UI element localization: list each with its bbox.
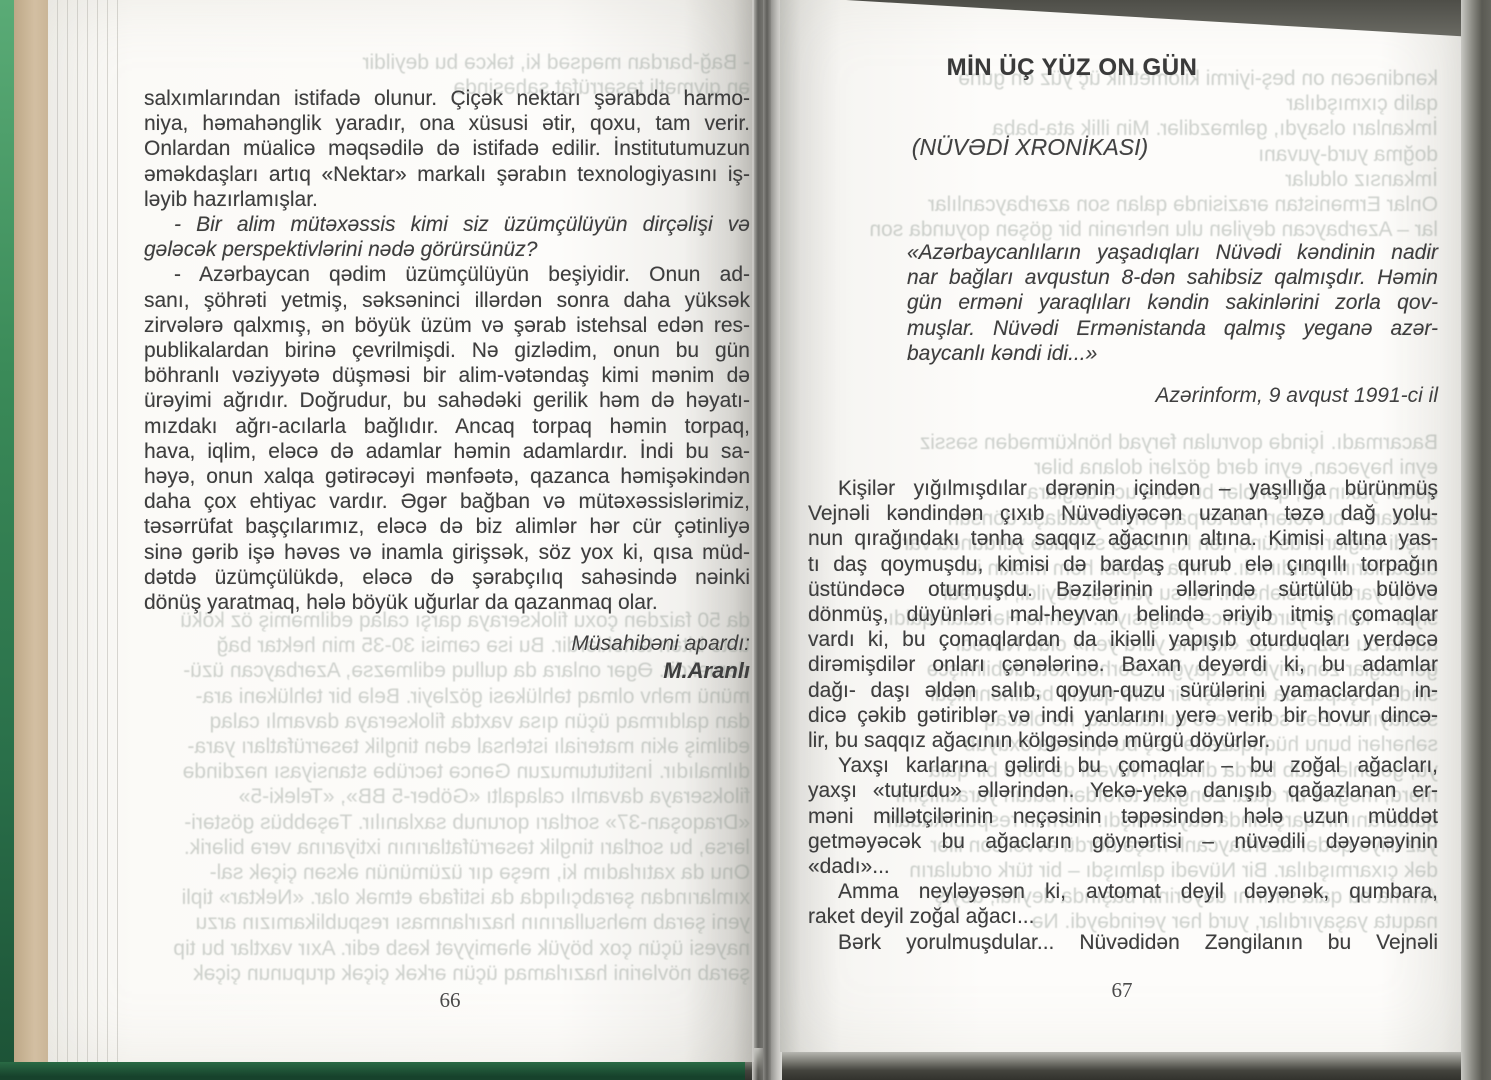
- text-line: ləyib hazırlamışlar.: [144, 187, 750, 212]
- text-line: getməyəcək bu ağacların göynərtisi – nüv…: [808, 829, 1438, 854]
- bleedthrough-line: nayesi üçün çox böyük əhəmiyyət kəsb edi…: [144, 936, 750, 961]
- text-line: sanı, şöhrəti yetmiş, səksəninci illərdə…: [144, 288, 750, 313]
- text-line: nar bağları avqustun 8-dən sahibsiz qalm…: [907, 265, 1438, 290]
- text-line: hava, iqlim, eləcə də adamlar həmin adam…: [144, 439, 750, 464]
- text-line: Bərk yorulmuşdular... Nüvədidən Zəngilan…: [808, 930, 1438, 955]
- text-line: yaxşı «tuturdu» əllərindən. Yekə-yekə da…: [808, 778, 1438, 803]
- byline-name: M.Aranlı: [144, 657, 750, 685]
- text-line: zirvələrə qalxmış, ən böyük üzüm və şəra…: [144, 313, 750, 338]
- quote-attribution: Azərinform, 9 avqust 1991-ci il: [907, 384, 1438, 408]
- book-cover-edge: [14, 0, 52, 1072]
- page-stack-edges: [48, 0, 124, 1062]
- text-line: əməkdaşları artıq «Nektar» markalı şərab…: [144, 162, 750, 187]
- text-line: dönüş yaratmaq, hələ böyük uğurlar da qa…: [144, 590, 750, 615]
- text-line: Kişilər yığılmışdılar dərənin içindən – …: [808, 476, 1438, 501]
- text-line: nun qırağındakı tənha saqqız ağacının al…: [808, 526, 1438, 551]
- bleedthrough-line: dılmalıdır. İnstitutumuzun Gəncə təcrübə…: [144, 759, 750, 784]
- text-line: raket deyil zoğal ağacı...: [808, 904, 1438, 929]
- bleedthrough-line: xımlarından şərabçılıqda da istifadə etm…: [144, 885, 750, 910]
- text-line: həyə, onun xalqa gətirəcəyi mənfəətə, qa…: [144, 464, 750, 489]
- page-number-right: 67: [1092, 978, 1152, 1003]
- chapter-subtitle: (NÜVƏDİ XRONİKASI): [780, 134, 1280, 161]
- text-line: Onlardan müalicə məqsədilə də istifadə e…: [144, 136, 750, 161]
- bleedthrough-line: Onlar Ermənistan ərazisində qalan son az…: [808, 192, 1438, 217]
- text-line: salxımlarından istifadə olunur. Çiçək ne…: [144, 86, 750, 111]
- text-line: gün erməni yaraqlıları kəndin sakinlərin…: [907, 290, 1438, 315]
- text-line: məni millətçilərinin neçəsinin təpəsində…: [808, 804, 1438, 829]
- chapter-title: MİN ÜÇ YÜZ ON GÜN: [822, 54, 1322, 82]
- book-scan: - Bağ-bardan məqsəd ki, təkcə bu deyildi…: [0, 0, 1491, 1080]
- page-number-left: 66: [420, 988, 480, 1013]
- bleedthrough-line: - Bağ-bardan məqsəd ki, təkcə bu deyildi…: [144, 50, 750, 75]
- text-line: Amma neyləyəsən ki, avtomat deyil dəyənə…: [808, 879, 1438, 904]
- right-page: kəndinəcən on beş-iyirmi kilometrlik üç …: [780, 0, 1462, 1052]
- text-line: üstündəcə oturmuşdu. Bəzilərinin əllərin…: [808, 577, 1438, 602]
- text-line: vardı ki, bu çomaqlardan da ikiəlli yapı…: [808, 627, 1438, 652]
- scan-right-edge-shadow: [1461, 0, 1491, 1080]
- left-page: - Bağ-bardan məqsəd ki, təkcə bu deyildi…: [48, 0, 754, 1062]
- text-line: - Azərbaycan qədim üzümçülüyün beşiyidir…: [144, 262, 750, 287]
- text-line: daha çox ehtiyac vardır. Əgər bağban və …: [144, 489, 750, 514]
- text-line: dirəmişdilər onları çənələrinə. Baxan de…: [808, 652, 1438, 677]
- text-line: muşlar. Nüvədi Ermənistanda qalmış yegan…: [907, 316, 1438, 341]
- text-line: böhranlı vəziyyətə düşməsi bir alim-vətə…: [144, 363, 750, 388]
- text-line: dicə çəkib gətiriblər və indi yanlarını …: [808, 703, 1438, 728]
- text-line: - Bir alim mütəxəssis kimi siz üzümçülüy…: [144, 212, 750, 237]
- bleedthrough-line: Onu da xatırladım ki, meşə qır üzümünün …: [144, 860, 750, 885]
- text-line: niya, həmahənglik yaradır, ona xüsusi ət…: [144, 111, 750, 136]
- text-line: ürəyimi ağrıdır. Doğrudur, bu sahədəki g…: [144, 388, 750, 413]
- text-line: publikalardan birinə çevrilmişdi. Nə giz…: [144, 338, 750, 363]
- bleedthrough-line: Bacarmadı. İçində qovrulan fəryad hönkür…: [808, 430, 1438, 455]
- bleedthrough-line: «Draqoşan-37» sortları qorunub saxlanılı…: [144, 810, 750, 835]
- text-line: sinə gərib işə həvəs və inamla girişsək,…: [144, 540, 750, 565]
- book-gutter-core: [763, 0, 771, 1080]
- text-line: təsərrüfat başçılarımız, eləcə də biz al…: [144, 514, 750, 539]
- text-line: «dadı»...: [808, 854, 1438, 879]
- bleedthrough-line: lərsə, bu sortları tinglik təsərrüfatlar…: [144, 835, 750, 860]
- background-bottom-strip: [0, 1062, 752, 1080]
- text-line: dətdə üzümçülükdə, eləcə də şərabçılıq s…: [144, 565, 750, 590]
- bleedthrough-line: qalib çıxmışdılar: [808, 91, 1438, 116]
- text-line: dağı- daşı əldən salıb, qoyun-quzu sürül…: [808, 678, 1438, 703]
- news-quote: «Azərbaycanlıların yaşadıqları Nüvədi kə…: [907, 240, 1438, 366]
- text-line: dönmüş, düyünləri mal-heyvan belində əri…: [808, 602, 1438, 627]
- text-line: tı daş qoymuşdu, kimisi də bardaş qurub …: [808, 552, 1438, 577]
- text-line: mızdakı ağrı-acılarla bağlıdır. Ancaq to…: [144, 414, 750, 439]
- bleedthrough-line: dan qaldırmaq üçün qısa vaxtda filoksera…: [144, 709, 750, 734]
- text-line: «Azərbaycanlıların yaşadıqları Nüvədi kə…: [907, 240, 1438, 265]
- interview-byline: Müsahibəni apardı: M.Aranlı: [144, 630, 750, 685]
- bleedthrough-line: İmkansız oldular: [808, 167, 1438, 192]
- text-line: Vejnəli kəndindən çıxıb Nüvədiyəcən uzan…: [808, 501, 1438, 526]
- text-line: Yaxşı karlarına gəlirdi bu çomaqlar – bu…: [808, 753, 1438, 778]
- bleedthrough-line: yeni şərab məhsullarının hazırlanması re…: [144, 910, 750, 935]
- bleedthrough-line: şərab növlərini hazırlamaq üçün ərkək çi…: [144, 961, 750, 986]
- text-line: lir, bu saqqız ağacının kölgəsində mürgü…: [808, 728, 1438, 753]
- text-line: gələcək perspektivlərini nədə görürsünüz…: [144, 237, 750, 262]
- book-bottom-shadow: [745, 1048, 1491, 1080]
- bleedthrough-line: edilmiş əkin materialı istehsal edən tin…: [144, 734, 750, 759]
- left-page-body-text: salxımlarından istifadə olunur. Çiçək ne…: [144, 86, 750, 615]
- byline-role: Müsahibəni apardı:: [144, 630, 750, 657]
- right-page-body-text: Kişilər yığılmışdılar dərənin içindən – …: [808, 476, 1438, 955]
- bleedthrough-line: lar – Azərbaycan deyilən ulu nehrənin bi…: [808, 217, 1438, 242]
- bleedthrough-line: filokseraya davamlı calaqaltı «Göber-5 B…: [144, 784, 750, 809]
- bleedthrough-line: münü məhv olmaq təhlükəsi gözləyir. Belə…: [144, 684, 750, 709]
- text-line: baycanlı kəndi idi...»: [907, 341, 1438, 366]
